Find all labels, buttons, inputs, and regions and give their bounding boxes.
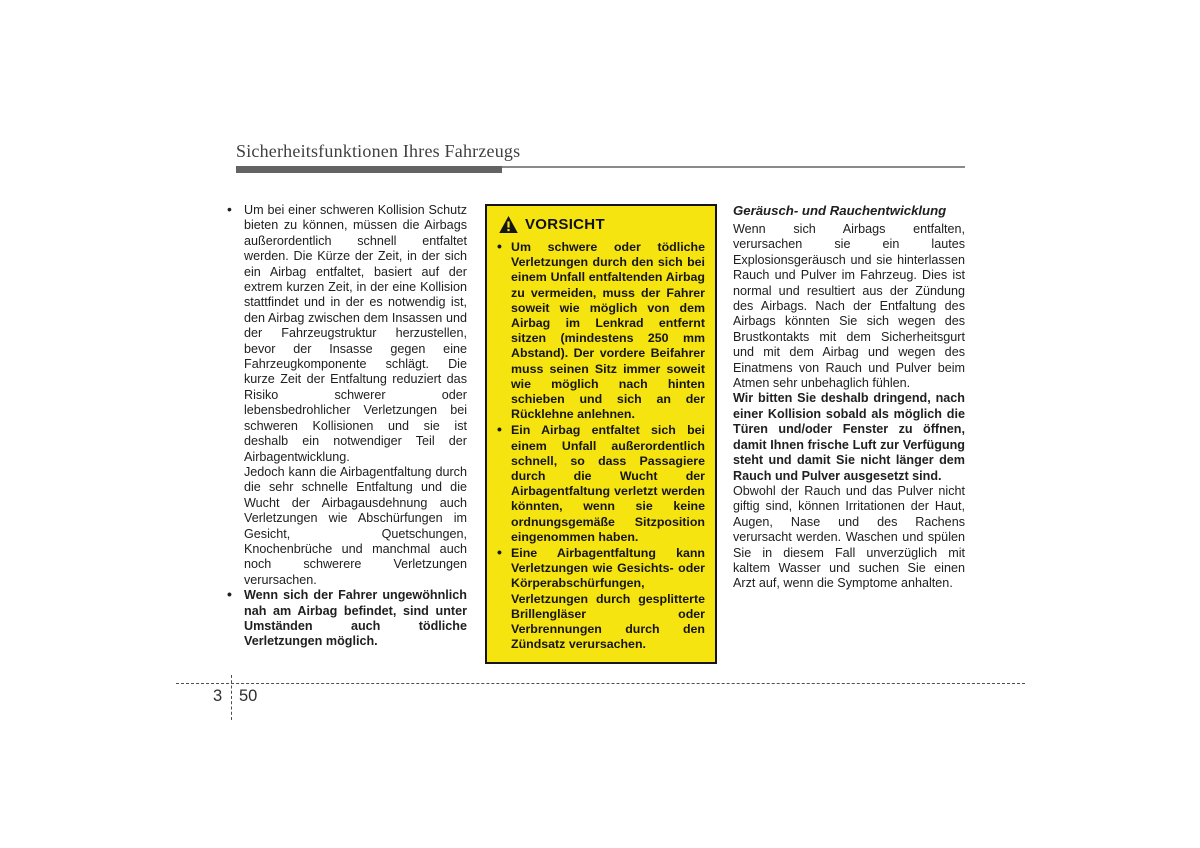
right-column-paragraphs: Wenn sich Airbags entfalten, verursachen… [733, 222, 965, 592]
caution-item: Ein Airbag entfaltet sich bei einem Unfa… [497, 423, 705, 545]
right-column: Geräusch- und Rauchentwicklung Wenn sich… [733, 203, 965, 592]
page-chapter-number: 3 [213, 687, 222, 706]
page-title: Sicherheitsfunktionen Ihres Fahrzeugs [236, 141, 520, 162]
caution-item: Um schwere oder tödliche Verletzungen du… [497, 240, 705, 422]
footer-divider [176, 683, 1025, 684]
caution-item: Eine Airbagentfaltung kann Verletzungen … [497, 546, 705, 652]
header-rule-thick [236, 166, 502, 173]
footer-chapter-divider [231, 675, 232, 720]
caution-title: VORSICHT [525, 216, 605, 233]
caution-body: Um schwere oder tödliche Verletzungen du… [497, 240, 705, 652]
text-block: Um bei einer schweren Kollision Schutz b… [225, 203, 467, 465]
manual-page: Sicherheitsfunktionen Ihres Fahrzeugs Um… [0, 0, 1200, 848]
section-heading: Geräusch- und Rauchentwicklung [733, 203, 965, 219]
text-block: Wenn sich der Fahrer ungewöhnlich nah am… [225, 588, 467, 650]
caution-title-row: VORSICHT [499, 216, 705, 233]
caution-box: VORSICHT Um schwere oder tödliche Verlet… [485, 204, 717, 664]
paragraph: Wir bitten Sie deshalb dringend, nach ei… [733, 391, 965, 483]
left-column: Um bei einer schweren Kollision Schutz b… [225, 203, 467, 650]
warning-triangle-icon [499, 216, 518, 233]
paragraph: Wenn sich Airbags entfalten, verursachen… [733, 222, 965, 391]
paragraph: Obwohl der Rauch und das Pulver nicht gi… [733, 484, 965, 592]
page-number: 50 [239, 687, 257, 706]
text-block: Jedoch kann die Airbagentfaltung durch d… [225, 465, 467, 588]
